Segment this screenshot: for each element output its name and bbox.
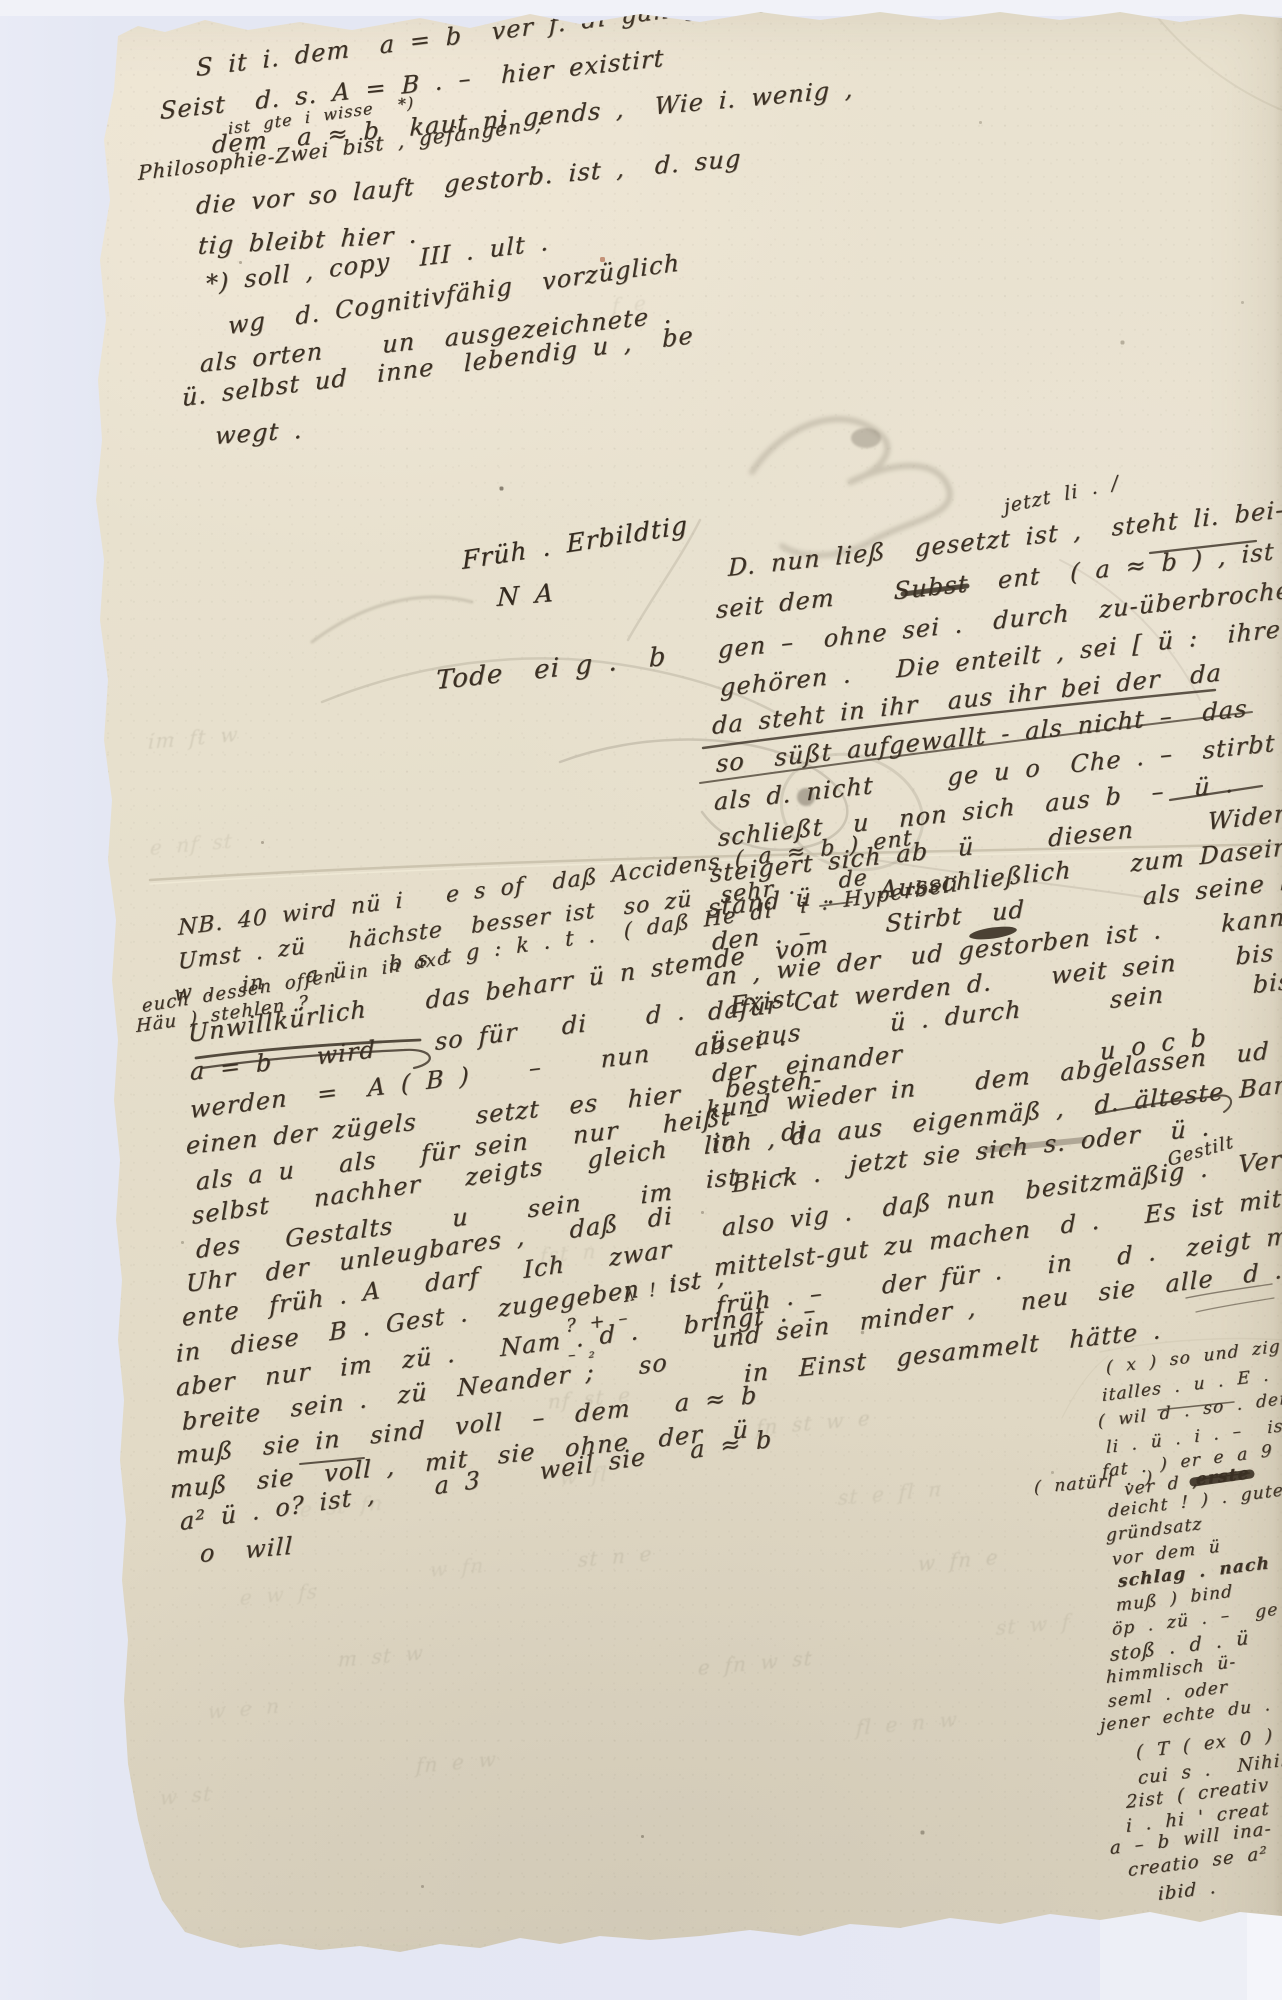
scanner-edge-strip [0,0,1282,16]
ink-strikethroughs-and-underlines [0,0,1282,2000]
manuscript-scan: S it i. dem a = b ver f. di gan ge fügig… [0,0,1282,2000]
manuscript-paper: S it i. dem a = b ver f. di gan ge fügig… [0,0,1282,2000]
